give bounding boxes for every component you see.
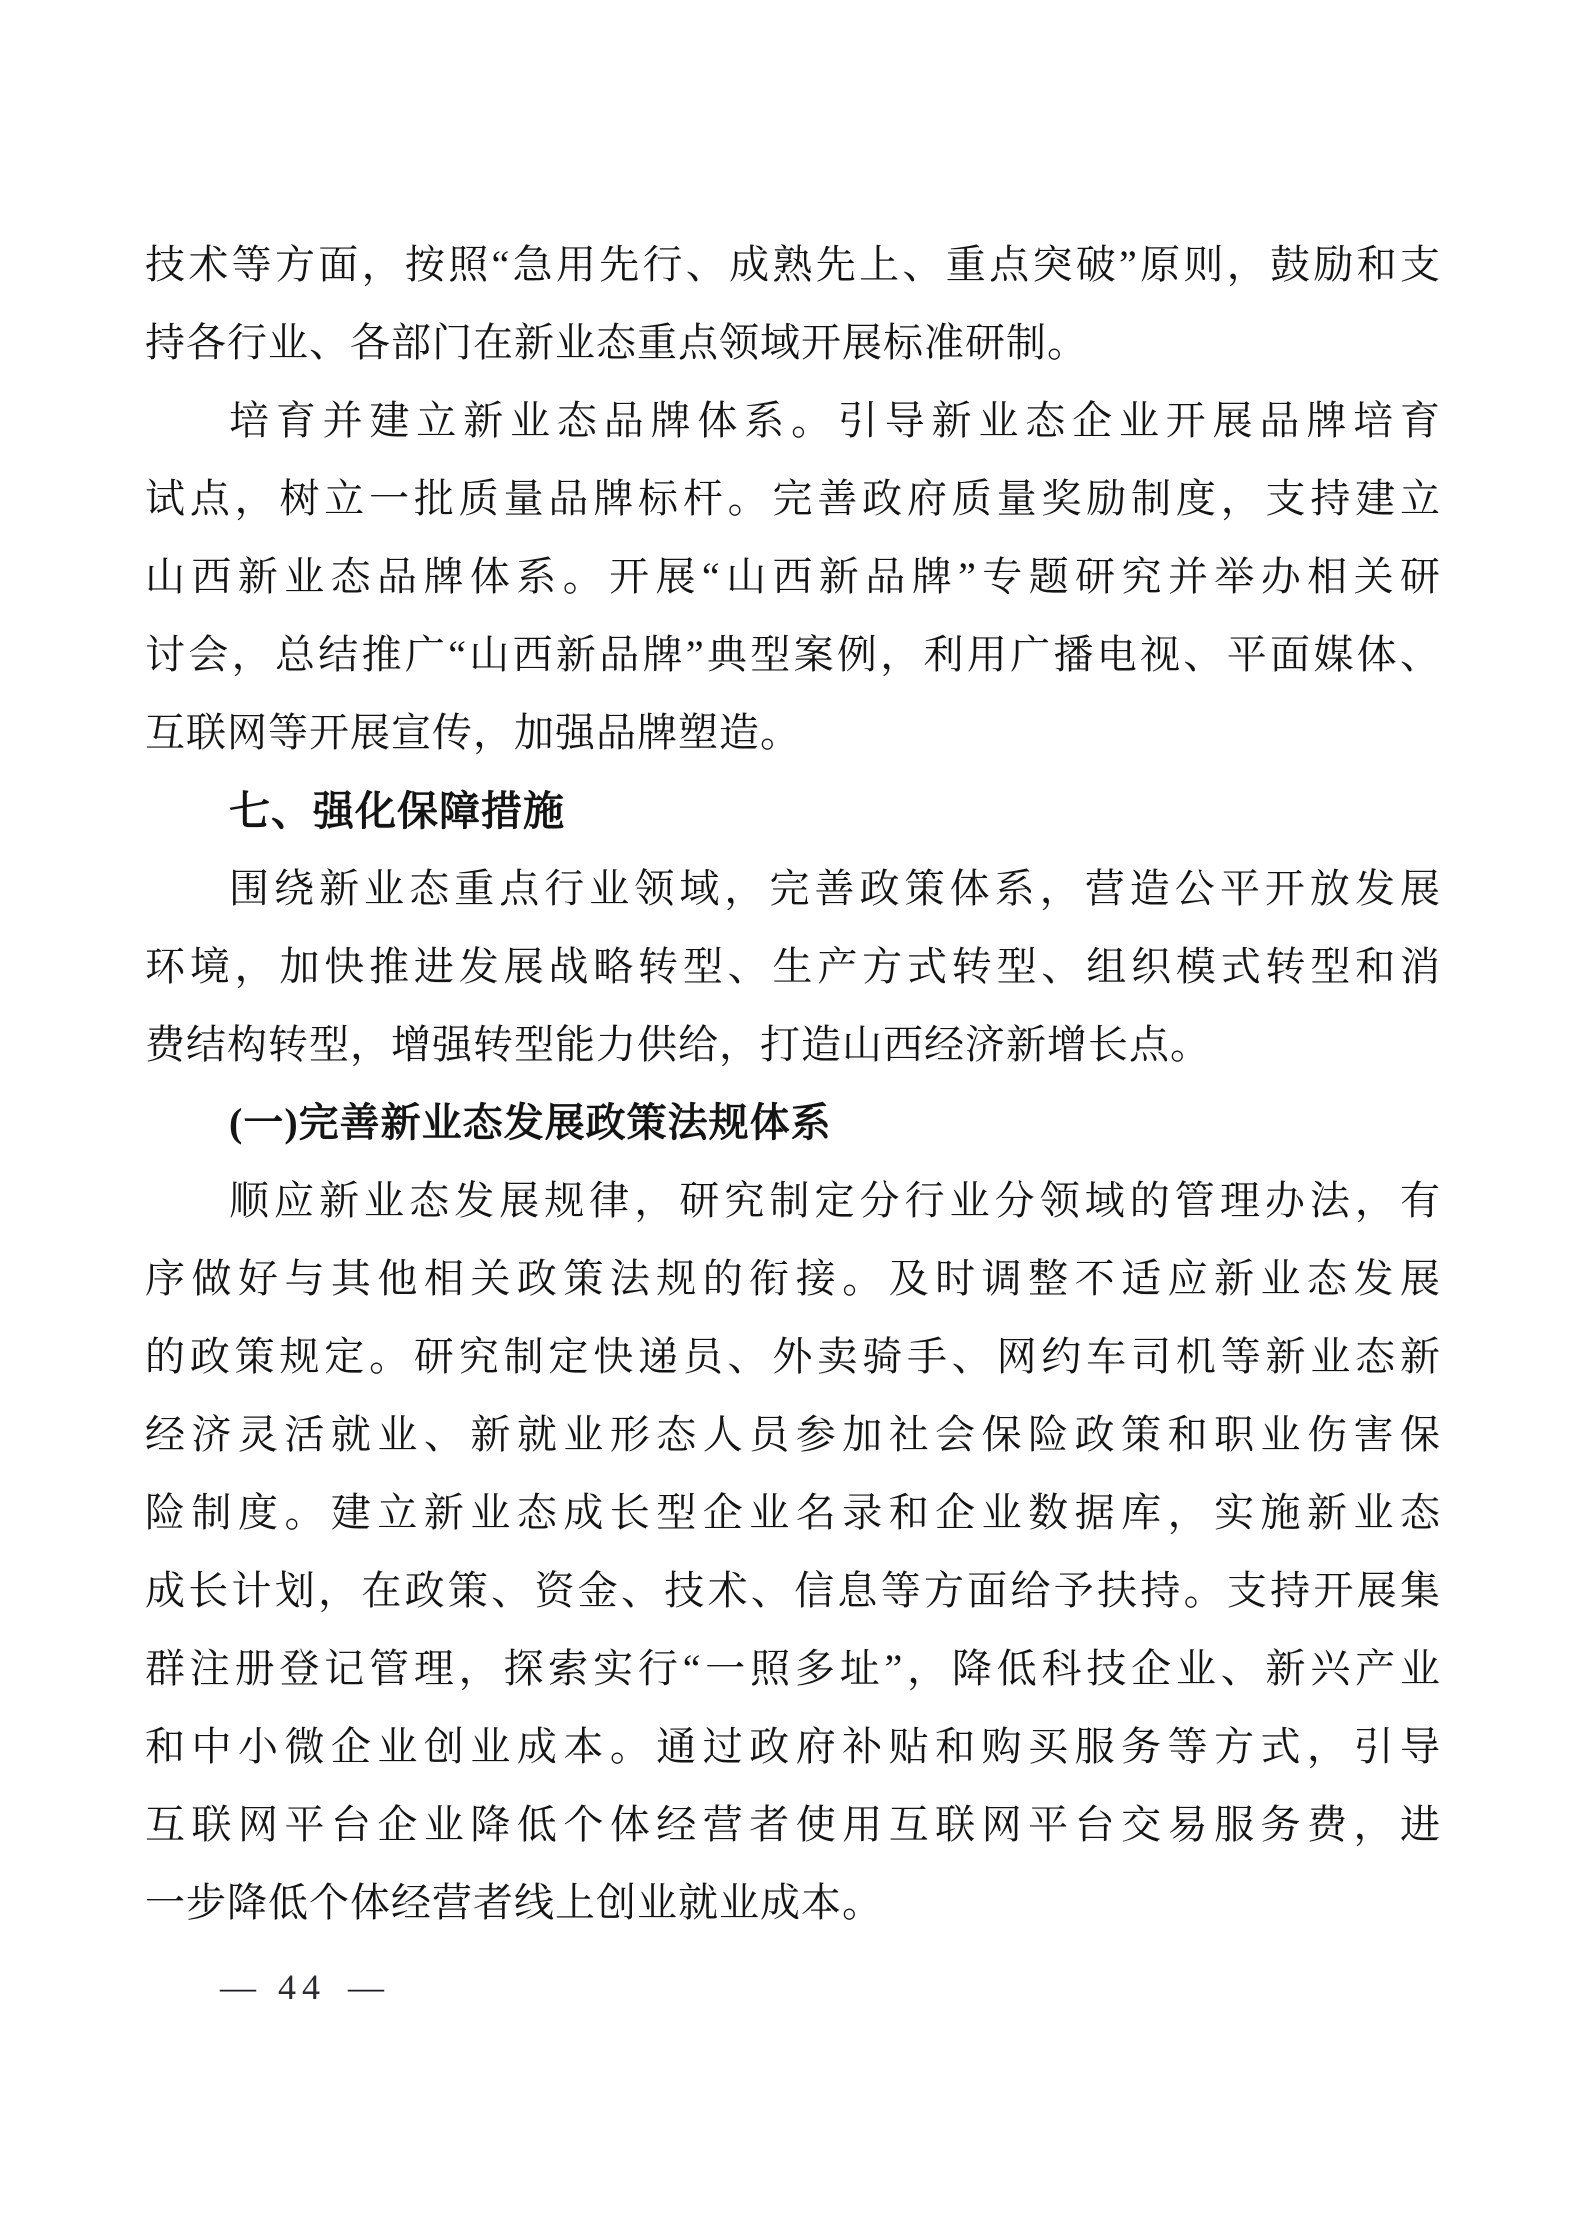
text-line: 山西新业态品牌体系。开展“山西新品牌”专题研究并举办相关研 [145, 538, 1441, 616]
page-number: 44 [278, 1966, 326, 2008]
text-line: 顺应新业态发展规律，研究制定分行业分领域的管理办法，有 [145, 1162, 1441, 1240]
text-line: 围绕新业态重点行业领域，完善政策体系，营造公平开放发展 [145, 850, 1441, 928]
footer-left-dash: — [220, 1966, 256, 2008]
text-line: 一步降低个体经营者线上创业就业成本。 [145, 1864, 1441, 1942]
text-line: 序做好与其他相关政策法规的衔接。及时调整不适应新业态发展 [145, 1240, 1441, 1318]
text-line: 持各行业、各部门在新业态重点领域开展标准研制。 [145, 304, 1441, 382]
text-line: 险制度。建立新业态成长型企业名录和企业数据库，实施新业态 [145, 1474, 1441, 1552]
text-line: 技术等方面，按照“急用先行、成熟先上、重点突破”原则，鼓励和支 [145, 226, 1441, 304]
text-line: 环境，加快推进发展战略转型、生产方式转型、组织模式转型和消 [145, 928, 1441, 1006]
text-line: 经济灵活就业、新就业形态人员参加社会保险政策和职业伤害保 [145, 1396, 1441, 1474]
text-line: 成长计划，在政策、资金、技术、信息等方面给予扶持。支持开展集 [145, 1552, 1441, 1630]
text-line: 互联网平台企业降低个体经营者使用互联网平台交易服务费，进 [145, 1786, 1441, 1864]
footer-right-dash: — [348, 1966, 384, 2008]
subsection-heading: (一)完善新业态发展政策法规体系 [145, 1084, 1441, 1162]
text-line: 试点，树立一批质量品牌标杆。完善政府质量奖励制度，支持建立 [145, 460, 1441, 538]
text-line: 费结构转型，增强转型能力供给，打造山西经济新增长点。 [145, 1006, 1441, 1084]
text-line: 群注册登记管理，探索实行“一照多址”，降低科技企业、新兴产业 [145, 1630, 1441, 1708]
text-line: 讨会，总结推广“山西新品牌”典型案例，利用广播电视、平面媒体、 [145, 616, 1441, 694]
page-footer: — 44 — [220, 1962, 384, 2012]
document-page: 技术等方面，按照“急用先行、成熟先上、重点突破”原则，鼓励和支 持各行业、各部门… [0, 0, 1581, 2217]
text-line: 的政策规定。研究制定快递员、外卖骑手、网约车司机等新业态新 [145, 1318, 1441, 1396]
section-heading: 七、强化保障措施 [145, 772, 1441, 850]
text-line: 和中小微企业创业成本。通过政府补贴和购买服务等方式，引导 [145, 1708, 1441, 1786]
document-body: 技术等方面，按照“急用先行、成熟先上、重点突破”原则，鼓励和支 持各行业、各部门… [145, 226, 1441, 1942]
text-line: 培育并建立新业态品牌体系。引导新业态企业开展品牌培育 [145, 382, 1441, 460]
text-line: 互联网等开展宣传，加强品牌塑造。 [145, 694, 1441, 772]
